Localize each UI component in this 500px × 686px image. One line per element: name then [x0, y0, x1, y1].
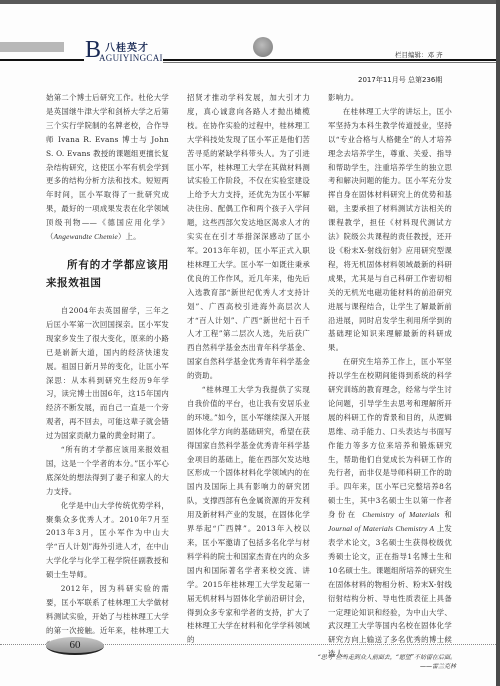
- paragraph: “所有的才学都应该用来报效祖国，这是一个学者的本分。”匡小军心底深处的想法得到了…: [46, 443, 169, 499]
- paragraph: “桂林理工大学为我提供了实现自我价值的平台，也让我有安居乐业的环境。”如今，匡小…: [187, 383, 310, 647]
- paragraph: 化学是中山大学传统优势学科，聚集众多优秀人才。2010年7月至2013年3月，匡…: [46, 499, 169, 582]
- text-column-3: 影响力。 在桂林理工大学的讲坛上，匡小军坚持为本科生教学传道授业，坚持以“专业合…: [328, 91, 452, 661]
- header-rule: [163, 59, 498, 61]
- text-column-2: 招贤才推动学科发展，加大引才力度，真心诚意向各路人才抛出橄榄枝。在协作实验的过程…: [187, 91, 310, 647]
- paragraph: 自2004年去英国留学，三年之后匡小军第一次回国探亲。匡小军发现家乡发生了很大变…: [46, 304, 169, 443]
- paragraph: 在研究生培养工作上，匡小军坚持以学生在校期间能得到系统的科学研究训练的教育理念，…: [328, 355, 452, 661]
- section-title: 所有的才学都应该用来报效祖国: [46, 256, 169, 292]
- paragraph: 在桂林理工大学的讲坛上，匡小军坚持为本科生教学传道授业，坚持以“专业合格与人格健…: [328, 105, 452, 355]
- paragraph: 招贤才推动学科发展，加大引才力度，真心诚意向各路人才抛出橄榄枝。在协作实验的过程…: [187, 91, 310, 383]
- column-editor: 栏目编辑：邓 齐: [395, 50, 443, 59]
- text-column-1: 始第二个博士后研究工作。杜伦大学是英国继牛津大学和剑桥大学之后第三个实行学院制的…: [46, 91, 169, 652]
- magazine-logo: B 八桂英才 AGUIYINGCAI: [85, 38, 165, 64]
- page-number: 60: [46, 637, 104, 655]
- emblem-icon: [253, 37, 273, 57]
- logo-english-title: AGUIYINGCAI: [99, 53, 163, 63]
- header-grey-bar: [0, 42, 64, 52]
- issue-info: 2017年11月号 总第236期: [358, 75, 442, 85]
- window-edge: [496, 0, 500, 686]
- paragraph: 始第二个博士后研究工作。杜伦大学是英国继牛津大学和剑桥大学之后第三个实行学院制的…: [46, 91, 169, 244]
- magazine-page: B 八桂英才 AGUIYINGCAI 栏目编辑：邓 齐 2017年11月号 总第…: [0, 4, 496, 686]
- header-rule: [163, 62, 498, 63]
- logo-chinese-title: 八桂英才: [105, 39, 149, 54]
- quote-text: “思考”应当走到众人前面去，“愿望”不妨留在后面。: [318, 653, 456, 662]
- header-rule: [0, 59, 84, 61]
- paragraph: 影响力。: [328, 91, 452, 105]
- quote-author: ——雷兰克林: [318, 662, 456, 671]
- footer-quote: “思考”应当走到众人前面去，“愿望”不妨留在后面。 ——雷兰克林: [318, 653, 456, 671]
